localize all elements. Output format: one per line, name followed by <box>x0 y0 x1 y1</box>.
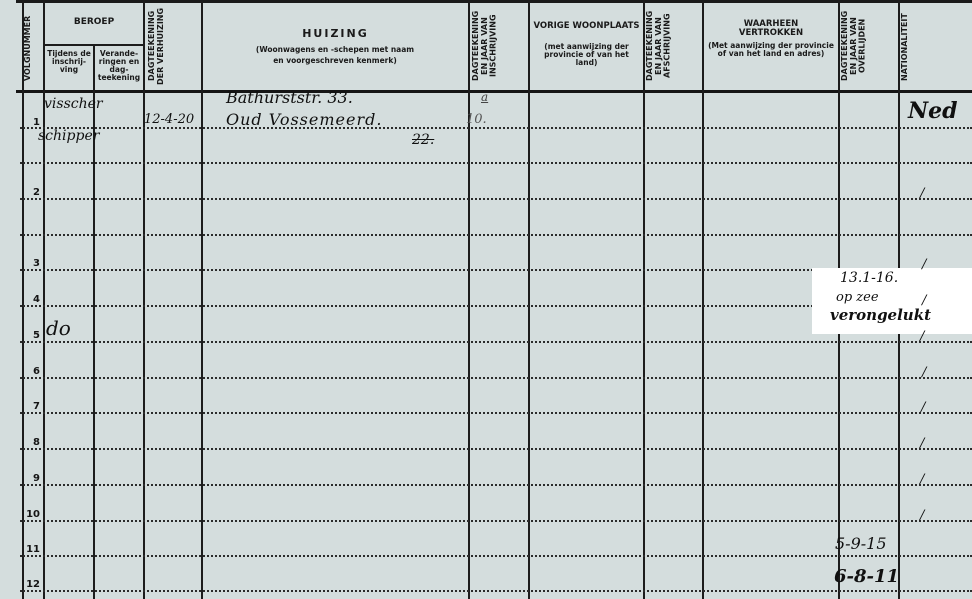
ditto-mark: / <box>922 293 926 308</box>
hw-overlijden-row11: 5-9-15 <box>835 534 887 553</box>
column-line <box>468 0 470 599</box>
header-nationaliteit: NATIONALITEIT <box>901 6 919 88</box>
row-rule <box>20 377 972 379</box>
header-beroep-veranderingen: Verande-ringen en dag-teekening <box>95 50 143 82</box>
row-rule <box>20 234 972 236</box>
register-card: VOLGNUMMER BEROEP Tijdens de inschrij-vi… <box>0 0 972 599</box>
top-border <box>16 0 972 3</box>
header-dagteekening-overlijden: DAGTEEKENING EN JAAR VAN OVERLIJDEN <box>841 4 896 88</box>
ditto-mark: / <box>920 329 924 344</box>
row-number: 9 <box>18 473 40 484</box>
column-line <box>528 0 530 599</box>
header-volgnummer: VOLGNUMMER <box>24 6 42 90</box>
hw-huizing-2: Oud Vossemeerd. <box>226 110 382 129</box>
row-number: 2 <box>18 187 40 198</box>
column-line <box>201 0 203 599</box>
row-rule <box>20 448 972 450</box>
hw-overlijden-place: op zee <box>836 290 879 305</box>
row-rule <box>20 484 972 486</box>
header-dagteekening-verhuizing: DAGTEEKENING DER VERHUIZING <box>148 4 198 88</box>
header-waarheen-vertrokken: WAARHEEN VERTROKKEN <box>712 20 830 38</box>
hw-overlijden-row12: 6-8-11 <box>834 566 899 587</box>
row-number: 5 <box>18 330 40 341</box>
header-bottom-rule <box>16 90 972 93</box>
row-number: 6 <box>18 366 40 377</box>
row-rule <box>20 555 972 557</box>
ditto-mark: / <box>920 186 924 201</box>
row-rule <box>20 520 972 522</box>
ditto-mark: / <box>921 400 925 415</box>
header-dagteekening-inschrijving: DAGTEEKENING EN JAAR VAN INSCHRIJVING <box>472 4 526 88</box>
header-dagteekening-afschrijving: DAGTEEKENING EN JAAR VAN AFSCHRIJVING <box>646 4 700 88</box>
ditto-mark: / <box>920 472 924 487</box>
header-huizing-sub: (Woonwagens en -schepen met naam en voor… <box>250 45 420 66</box>
hw-beroep-1: visscher <box>44 96 103 112</box>
hw-inschrijving-bottom: 10. <box>466 112 487 127</box>
row-rule <box>20 412 972 414</box>
row-rule <box>20 162 972 164</box>
header-huizing: HUIZING <box>203 28 468 40</box>
column-line <box>643 0 645 599</box>
hw-inschrijving-top: a <box>481 90 488 104</box>
hw-beroep-2: schipper <box>38 128 99 144</box>
row-rule <box>20 198 972 200</box>
hw-overlijden-date: 13.1-16. <box>840 270 898 286</box>
row-number: 7 <box>18 401 40 412</box>
hw-verhuizing-date: 12-4-20 <box>144 112 194 127</box>
row-number: 11 <box>18 544 40 555</box>
column-line <box>702 0 704 599</box>
ditto-mark: / <box>922 257 926 272</box>
ditto-mark: / <box>920 436 924 451</box>
header-vorige-sub: (met aanwijzing der provincie of van het… <box>534 43 639 67</box>
header-beroep: BEROEP <box>45 18 143 27</box>
hw-nationaliteit: Ned <box>908 98 958 124</box>
header-waarheen-sub: (Met aanwijzing der provincie of van het… <box>704 42 838 58</box>
ditto-mark: / <box>922 365 926 380</box>
row-rule <box>20 341 972 343</box>
row-number: 4 <box>18 294 40 305</box>
row-number: 12 <box>18 579 40 590</box>
hw-row5-beroep: do <box>46 316 71 340</box>
row-number: 10 <box>18 509 40 520</box>
column-line <box>143 0 145 599</box>
ditto-mark: / <box>920 508 924 523</box>
beroep-sub-rule <box>43 44 143 46</box>
hw-huizing-3: 22. <box>412 132 434 148</box>
column-line <box>43 0 45 599</box>
header-beroep-tijdens: Tijdens de inschrij-ving <box>45 50 93 74</box>
row-number: 1 <box>18 117 40 128</box>
hw-huizing-1: Bathurststr. 33. <box>226 88 353 107</box>
row-number: 8 <box>18 437 40 448</box>
row-rule <box>20 127 972 129</box>
row-rule <box>20 590 972 592</box>
row-number: 3 <box>18 258 40 269</box>
header-vorige-woonplaats: VORIGE WOONPLAATS <box>530 22 643 31</box>
hw-overlijden-cause: verongelukt <box>830 306 931 324</box>
